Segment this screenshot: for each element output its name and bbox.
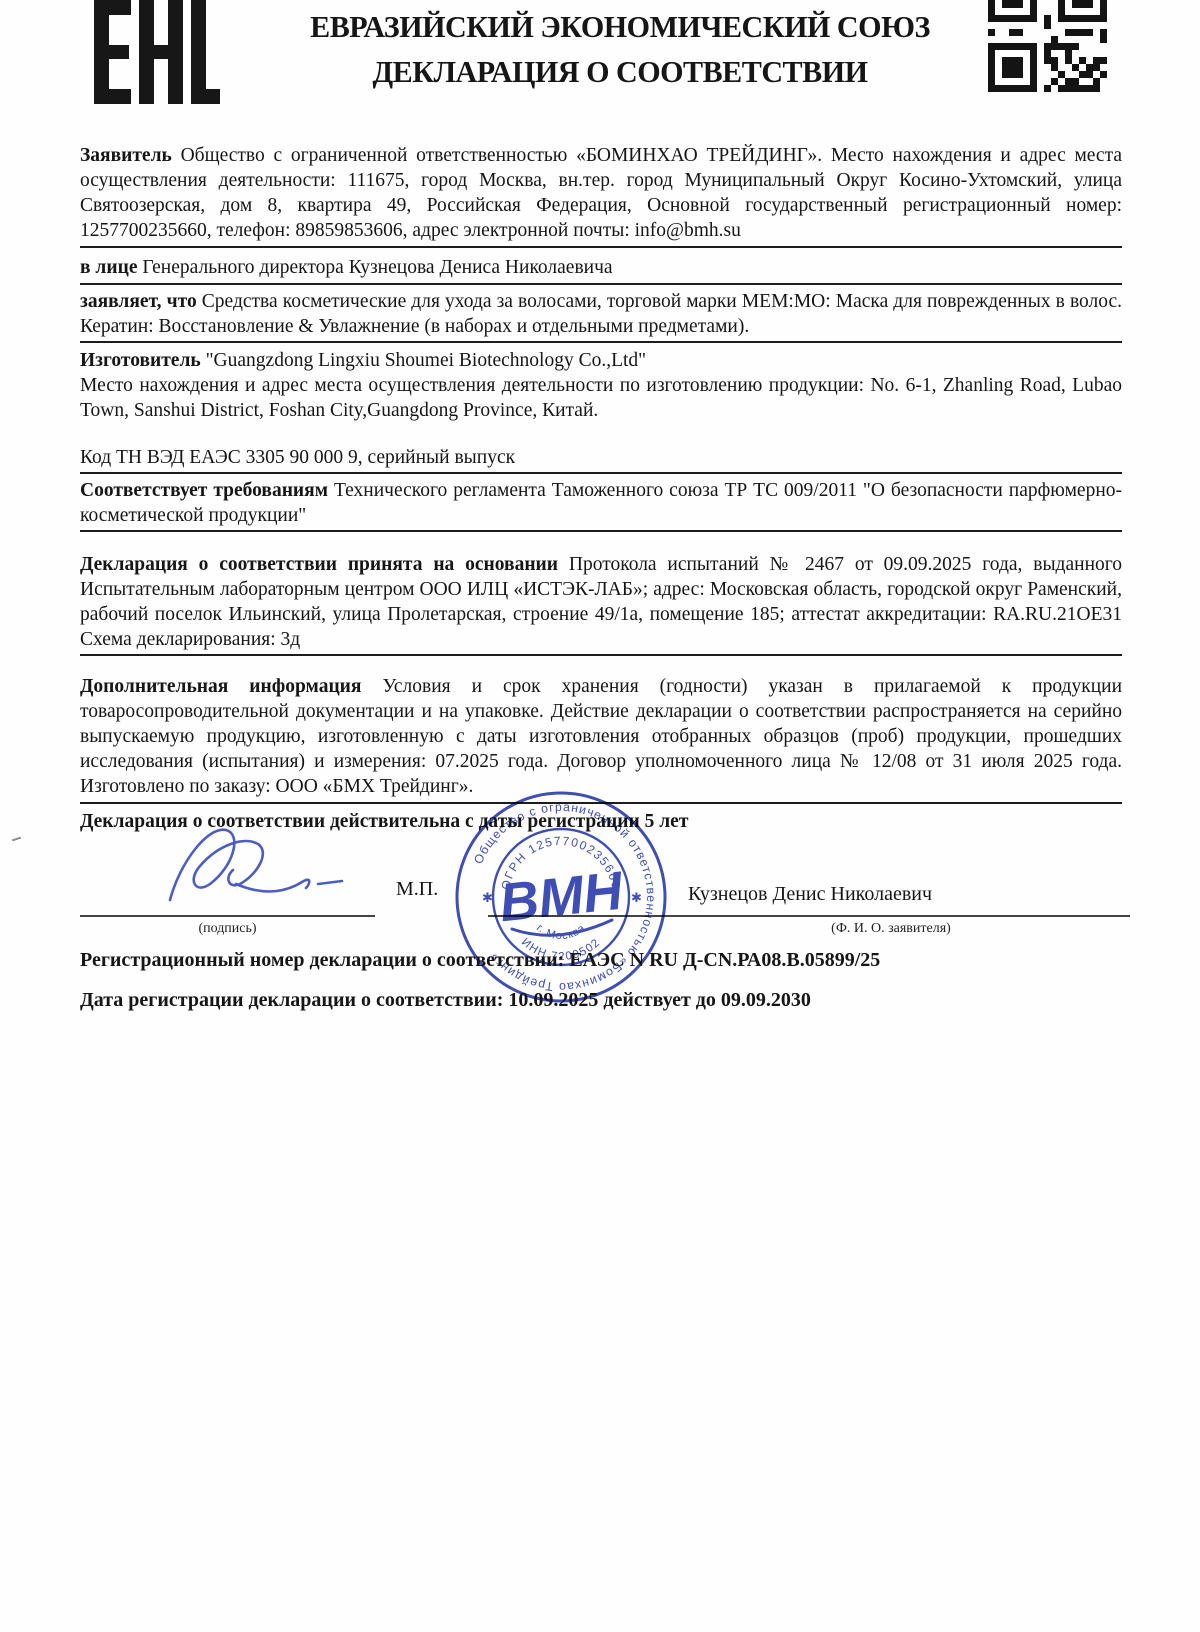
declares-label: заявляет, что (80, 291, 197, 312)
additional-label: Дополнительная информация (80, 676, 361, 697)
stamp-star-right: ✱ (631, 890, 642, 905)
stamp-place-label: М.П. (396, 878, 438, 901)
person-label: в лице (80, 257, 137, 278)
title-line-1: ЕВРАЗИЙСКИЙ ЭКОНОМИЧЕСКИЙ СОЮЗ (237, 4, 1003, 49)
handwritten-signature (160, 818, 385, 916)
stamp-star-left: ✱ (482, 890, 493, 905)
registration-date-line: Дата регистрации декларации о соответств… (80, 989, 811, 1012)
signature-caption: (подпись) (80, 921, 375, 937)
section-tnved-code: Код ТН ВЭД ЕАЭС 3305 90 000 9, серийный … (80, 445, 1122, 474)
manufacturer-address: Место нахождения и адрес места осуществл… (80, 373, 1122, 423)
company-stamp: Общество с ограниченной ответственностью… (452, 788, 670, 1006)
section-additional-info: Дополнительная информация Условия и срок… (80, 674, 1122, 804)
section-basis: Декларация о соответствии принята на осн… (80, 552, 1122, 656)
section-person: в лице Генерального директора Кузнецова … (80, 248, 1122, 285)
signature-line (80, 915, 375, 917)
section-manufacturer: Изготовитель "Guangzdong Lingxiu Shoumei… (80, 343, 1122, 423)
title-line-2: ДЕКЛАРАЦИЯ О СООТВЕТСТВИИ (237, 49, 1003, 94)
scan-artifact-mark (12, 837, 21, 842)
registration-number-line: Регистрационный номер декларации о соотв… (80, 949, 880, 972)
manufacturer-name: "Guangzdong Lingxiu Shoumei Biotechnolog… (206, 350, 647, 371)
qr-code-icon (988, 0, 1107, 93)
applicant-name-caption: (Ф. И. О. заявителя) (652, 921, 1130, 937)
manufacturer-label: Изготовитель (80, 350, 201, 371)
applicant-name-line (652, 915, 1130, 917)
document-title: ЕВРАЗИЙСКИЙ ЭКОНОМИЧЕСКИЙ СОЮЗ ДЕКЛАРАЦИ… (237, 4, 1003, 94)
manufacturer-name-line: Изготовитель "Guangzdong Lingxiu Shoumei… (80, 348, 1122, 373)
declaration-document: ЕВРАЗИЙСКИЙ ЭКОНОМИЧЕСКИЙ СОЮЗ ДЕКЛАРАЦИ… (0, 0, 1200, 1632)
basis-label: Декларация о соответствии принята на осн… (80, 554, 558, 575)
section-applicant: Заявитель Общество с ограниченной ответс… (80, 143, 1122, 248)
person-text: Генерального директора Кузнецова Дениса … (142, 257, 612, 278)
eac-logo-icon (94, 0, 220, 104)
compliance-label: Соответствует требованиям (80, 480, 328, 501)
declares-text: Средства косметические для ухода за воло… (80, 291, 1122, 337)
applicant-text: Общество с ограниченной ответственностью… (80, 145, 1122, 241)
applicant-label: Заявитель (80, 145, 172, 166)
applicant-name: Кузнецов Денис Николаевич (688, 883, 932, 906)
section-declares: заявляет, что Средства косметические для… (80, 285, 1122, 343)
section-compliance: Соответствует требованиям Технического р… (80, 474, 1122, 532)
document-body: Заявитель Общество с ограниченной ответс… (80, 143, 1122, 834)
